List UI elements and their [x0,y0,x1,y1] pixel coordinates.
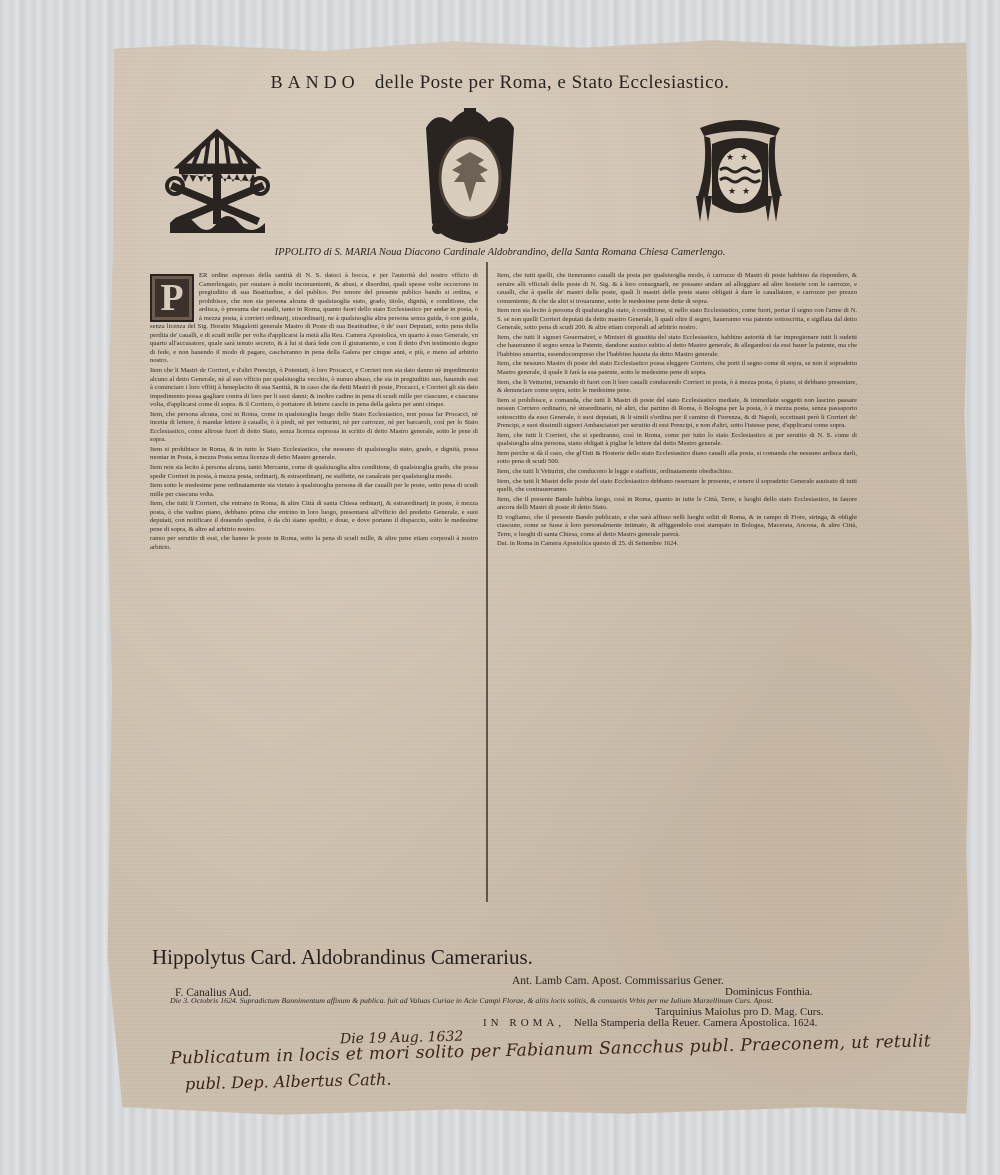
paragraph: Item, che tutti li Mastri delle poste de… [497,478,857,495]
svg-text:★: ★ [742,187,750,197]
cardinal-coat-of-arms-icon: ★★ ★★ [690,118,790,230]
issuer-subtitle: IPPOLITO di S. MARIA Noua Diacono Cardin… [150,247,850,258]
commissary-signature: Ant. Lamb Cam. Apost. Commissarius Gener… [512,975,724,987]
paragraph: ER ordine espresso della santità di N. S… [150,272,478,366]
papal-coat-of-arms-icon [418,108,522,244]
dating-clause: Dat. in Roma in Camera Apostolica questo… [497,540,857,549]
paragraph: Item, che tutti li Corrieri, che si sped… [497,432,857,449]
title-rest: delle Poste per Roma, e Stato Ecclesiast… [375,72,729,93]
paragraph: Item, che tutti li Vetturini, che conduc… [497,468,857,477]
paragraph: Item si prohibisce, e comanda, che tutti… [497,397,857,431]
paragraph: Item che li Mastri de Corrieri, e d'altr… [150,367,478,410]
paragraph: Item non sia lecito à persona alcuna, ta… [150,464,478,481]
body-left-column: P ER ordine espresso della santità di N.… [150,272,478,932]
printer-imprint: IN ROMA, Nella Stamperia della Reuer. Ca… [483,1017,817,1029]
imprint-city: IN ROMA, [483,1017,565,1029]
paragraph: ranno per seruitio di essi, che hanno le… [150,535,478,552]
paragraph: Et vogliamo, che il presente Bando publi… [497,514,857,540]
document-title: BANDO delle Poste per Roma, e Stato Eccl… [150,72,850,94]
paragraph: Item sotto le medesime pene ordinatament… [150,482,478,499]
title-bando: BANDO [271,72,360,92]
imprint-press: Nella Stamperia della Reuer. Camera Apos… [574,1017,817,1029]
paragraph: Item perche si dà il caso, che gl'Osti &… [497,450,857,467]
column-divider [486,262,488,902]
paragraph: Item non sia lecito à persona di qualsiu… [497,307,857,333]
svg-text:★: ★ [728,187,736,197]
paragraph: Item si prohibisce in Roma, & in tutto l… [150,446,478,463]
paragraph: Item, che li Vetturini, tornando di fuor… [497,379,857,396]
svg-text:★: ★ [726,153,734,163]
paragraph: Item, che tutti quelli, che tieneranno c… [497,272,857,306]
body-right-column: Item, che tutti quelli, che tieneranno c… [497,272,857,912]
publication-note: Die 3. Octobris 1624. Supradictum Bannim… [170,996,773,1005]
paragraph: Item, che tutti li signori Gouernatori, … [497,334,857,360]
paragraph: Item, che tutti li Corrieri, che entrano… [150,500,478,534]
decorated-initial: P [150,274,194,322]
papal-keys-and-umbrella-icon [165,128,270,238]
svg-text:★: ★ [740,153,748,163]
paragraph: Item, che persona alcuna, così in Roma, … [150,411,478,445]
paragraph: Item, che il presente Bando habbia luogo… [497,496,857,513]
paragraph: Item, che nessuno Mastro di poste del st… [497,360,857,377]
cardinal-signature: Hippolytus Card. Aldobrandinus Camerariu… [152,945,533,970]
